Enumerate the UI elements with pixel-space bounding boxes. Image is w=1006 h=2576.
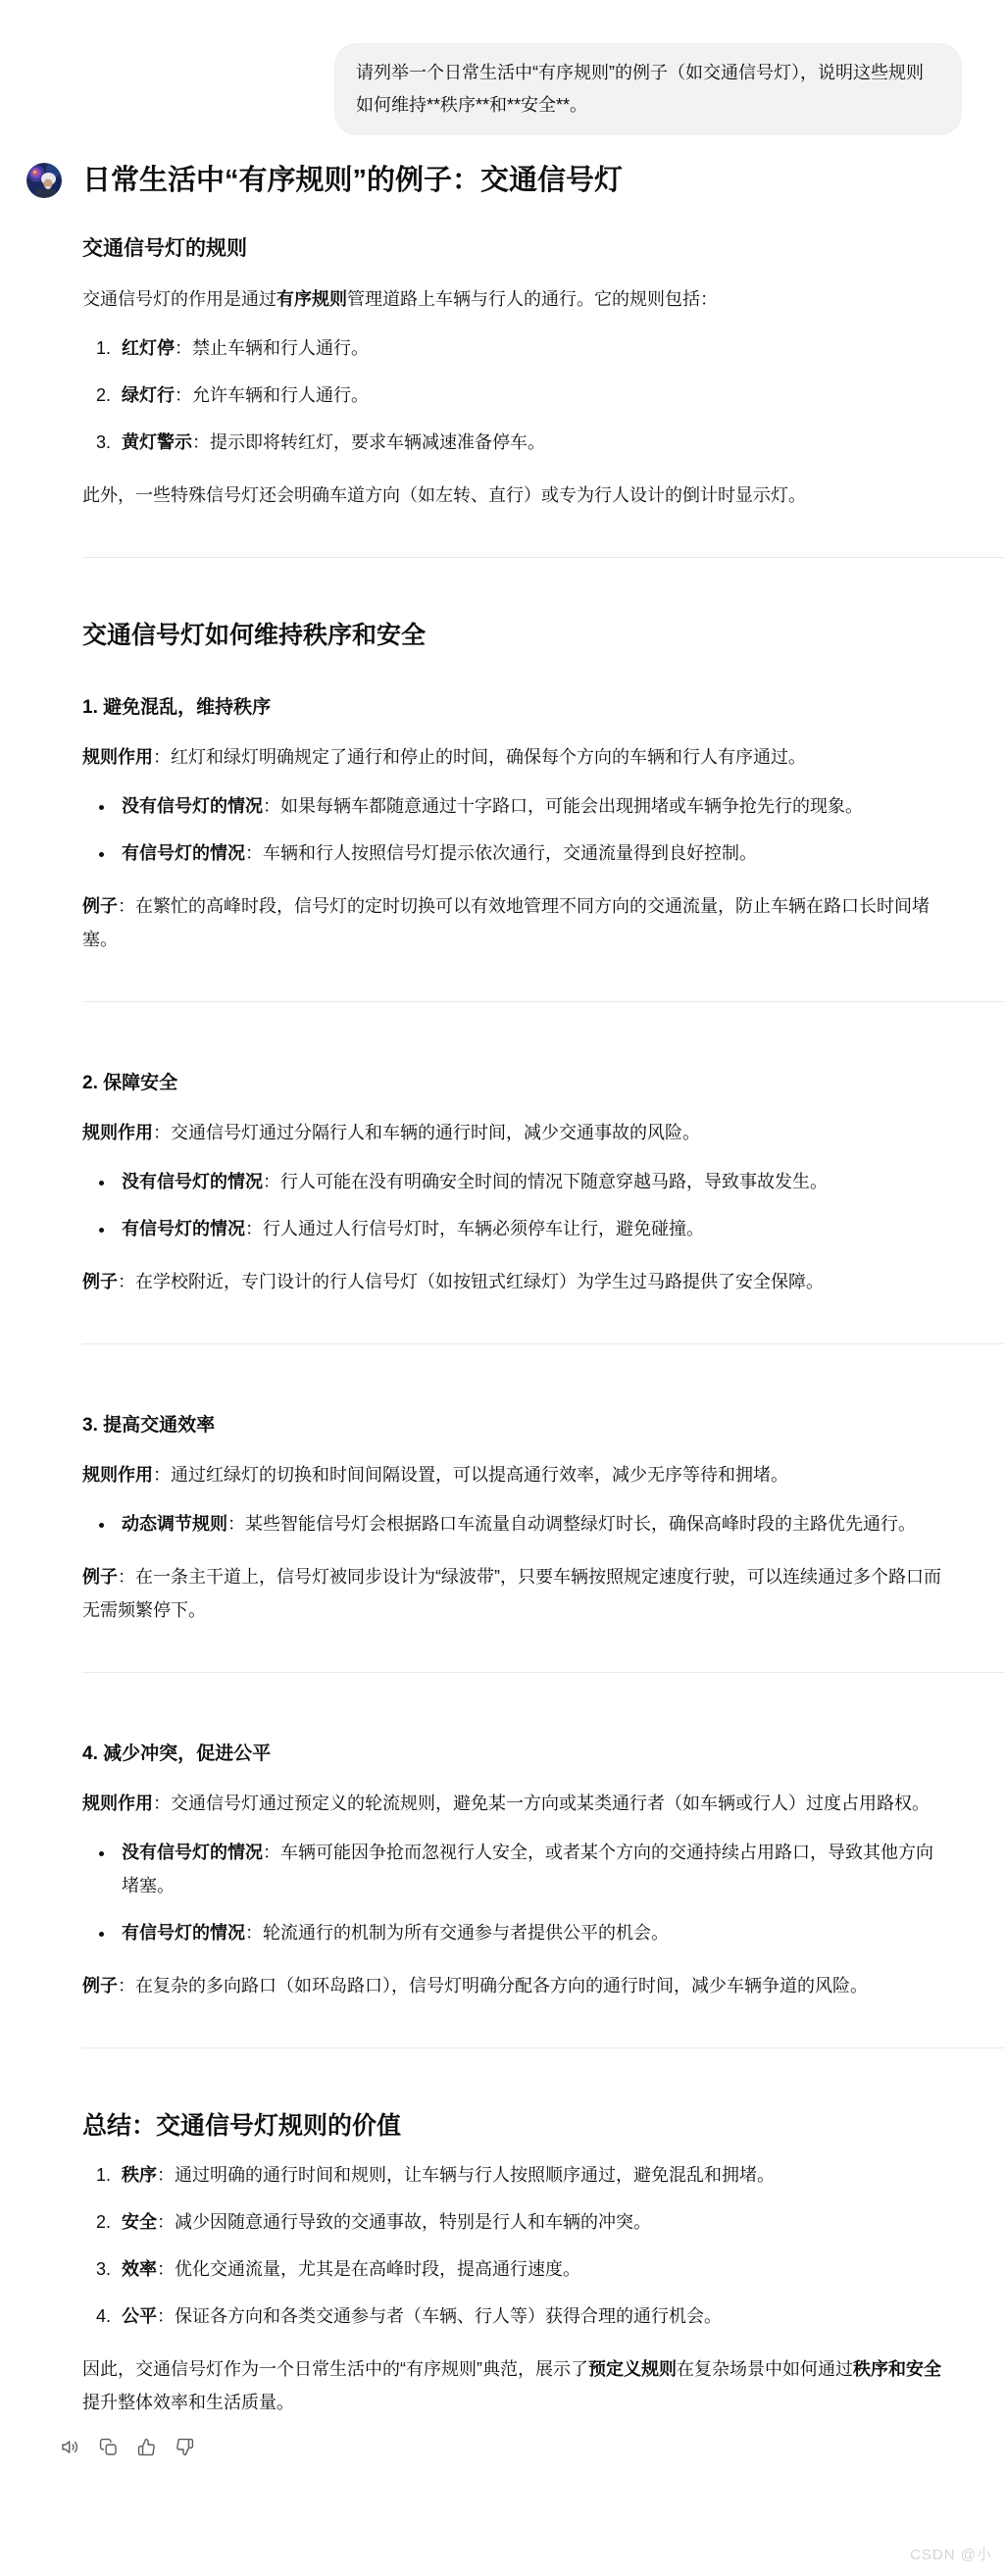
section-divider <box>82 557 1004 558</box>
thumbs-up-button[interactable] <box>131 2433 161 2460</box>
text: ：某些智能信号灯会根据路口车流量自动调整绿灯时长，确保高峰时段的主路优先通行。 <box>227 1514 916 1534</box>
thumbs-down-button[interactable] <box>170 2433 199 2460</box>
text: 因此，交通信号灯作为一个日常生活中的“有序规则”典范，展示了 <box>82 2359 588 2379</box>
text: ：在一条主干道上，信号灯被同步设计为“绿波带”，只要车辆按照规定速度行驶，可以连… <box>82 1567 941 1620</box>
bold-text: 规则作用 <box>82 1465 153 1485</box>
paragraph: 因此，交通信号灯作为一个日常生活中的“有序规则”典范，展示了预定义规则在复杂场景… <box>82 2352 949 2419</box>
list-item: 有信号灯的情况：行人通过人行信号灯时，车辆必须停车让行，避免碰撞。 <box>116 1212 949 1245</box>
text: ：在学校附近，专门设计的行人信号灯（如按钮式红绿灯）为学生过马路提供了安全保障。 <box>118 1272 824 1291</box>
paragraph: 例子：在繁忙的高峰时段，信号灯的定时切换可以有效地管理不同方向的交通流量，防止车… <box>82 889 949 956</box>
list-item: 动态调节规则：某些智能信号灯会根据路口车流量自动调整绿灯时长，确保高峰时段的主路… <box>116 1507 949 1541</box>
list-item: 秩序：通过明确的通行时间和规则，让车辆与行人按照顺序通过，避免混乱和拥堵。 <box>116 2158 949 2192</box>
ordered-list: 红灯停：禁止车辆和行人通行。绿灯行：允许车辆和行人通行。黄灯警示：提示即将转红灯… <box>82 331 949 459</box>
text: ：在复杂的多向路口（如环岛路口），信号灯明确分配各方向的通行时间，减少车辆争道的… <box>118 1976 868 1995</box>
paragraph: 规则作用：交通信号灯通过分隔行人和车辆的通行时间，减少交通事故的风险。 <box>82 1116 949 1149</box>
ordered-list: 秩序：通过明确的通行时间和规则，让车辆与行人按照顺序通过，避免混乱和拥堵。安全：… <box>82 2158 949 2333</box>
bold-text: 规则作用 <box>82 1123 153 1142</box>
bold-text: 例子 <box>82 1976 118 1995</box>
text: ：红灯和绿灯明确规定了通行和停止的时间，确保每个方向的车辆和行人有序通过。 <box>153 747 806 767</box>
paragraph: 规则作用：通过红绿灯的切换和时间间隔设置，可以提高通行效率，减少无序等待和拥堵。 <box>82 1458 949 1491</box>
bold-text: 有信号灯的情况 <box>122 1219 245 1238</box>
bold-text: 安全 <box>122 2212 157 2232</box>
bold-text: 红灯停 <box>122 338 175 358</box>
list-item: 公平：保证各方向和各类交通参与者（车辆、行人等）获得合理的通行机会。 <box>116 2299 949 2333</box>
bold-text: 没有信号灯的情况 <box>122 1172 263 1191</box>
paragraph: 例子：在一条主干道上，信号灯被同步设计为“绿波带”，只要车辆按照规定速度行驶，可… <box>82 1560 949 1627</box>
assistant-avatar <box>26 163 62 198</box>
text: ：提示即将转红灯，要求车辆减速准备停车。 <box>192 432 545 452</box>
bold-text: 规则作用 <box>82 747 153 767</box>
thumbs-up-icon <box>137 2438 156 2456</box>
paragraph: 交通信号灯的作用是通过有序规则管理道路上车辆与行人的通行。它的规则包括： <box>82 282 949 316</box>
text: ：在繁忙的高峰时段，信号灯的定时切换可以有效地管理不同方向的交通流量，防止车辆在… <box>82 896 930 949</box>
list-item: 没有信号灯的情况：行人可能在没有明确安全时间的情况下随意穿越马路，导致事故发生。 <box>116 1165 949 1198</box>
list-item: 没有信号灯的情况：车辆可能因争抢而忽视行人安全，或者某个方向的交通持续占用路口，… <box>116 1836 949 1902</box>
text: ：轮流通行的机制为所有交通参与者提供公平的机会。 <box>245 1923 669 1943</box>
list-item: 黄灯警示：提示即将转红灯，要求车辆减速准备停车。 <box>116 426 949 459</box>
user-message-text: 请列举一个日常生活中“有序规则”的例子（如交通信号灯），说明这些规则如何维持**… <box>356 63 924 115</box>
section-divider <box>82 1001 1004 1002</box>
bullet-list: 没有信号灯的情况：行人可能在没有明确安全时间的情况下随意穿越马路，导致事故发生。… <box>82 1165 949 1245</box>
copy-icon <box>99 2438 118 2456</box>
bold-text: 动态调节规则 <box>122 1514 227 1534</box>
text: 交通信号灯的作用是通过 <box>82 289 277 309</box>
text: ：交通信号灯通过分隔行人和车辆的通行时间，减少交通事故的风险。 <box>153 1123 700 1142</box>
message-actions <box>55 2433 949 2460</box>
paragraph: 规则作用：交通信号灯通过预定义的轮流规则，避免某一方向或某类通行者（如车辆或行人… <box>82 1787 949 1820</box>
list-item: 有信号灯的情况：轮流通行的机制为所有交通参与者提供公平的机会。 <box>116 1916 949 1949</box>
text: 提升整体效率和生活质量。 <box>82 2393 294 2412</box>
section-heading: 总结：交通信号灯规则的价值 <box>82 2109 949 2143</box>
bold-text: 有信号灯的情况 <box>122 1923 245 1943</box>
bold-text: 公平 <box>122 2306 157 2326</box>
text: ：交通信号灯通过预定义的轮流规则，避免某一方向或某类通行者（如车辆或行人）过度占… <box>153 1793 930 1813</box>
assistant-title: 日常生活中“有序规则”的例子：交通信号灯 <box>82 161 949 200</box>
section-divider <box>82 1672 1004 1673</box>
bold-text: 例子 <box>82 1567 118 1587</box>
text: ：车辆和行人按照信号灯提示依次通行，交通流量得到良好控制。 <box>245 843 757 863</box>
chat-page: 请列举一个日常生活中“有序规则”的例子（如交通信号灯），说明这些规则如何维持**… <box>0 0 1006 2576</box>
text: ：行人可能在没有明确安全时间的情况下随意穿越马路，导致事故发生。 <box>263 1172 828 1191</box>
speaker-icon <box>61 2438 79 2456</box>
paragraph: 规则作用：红灯和绿灯明确规定了通行和停止的时间，确保每个方向的车辆和行人有序通过… <box>82 740 949 774</box>
bold-text: 黄灯警示 <box>122 432 192 452</box>
copy-button[interactable] <box>93 2433 123 2460</box>
text: ：通过红绿灯的切换和时间间隔设置，可以提高通行效率，减少无序等待和拥堵。 <box>153 1465 788 1485</box>
csdn-watermark: CSDN @小 <box>910 2544 992 2564</box>
thumbs-down-icon <box>176 2438 194 2456</box>
bold-text: 预定义规则 <box>588 2359 677 2379</box>
bold-text: 没有信号灯的情况 <box>122 796 263 816</box>
read-aloud-button[interactable] <box>55 2433 84 2460</box>
bold-text: 有信号灯的情况 <box>122 843 245 863</box>
text: 此外，一些特殊信号灯还会明确车道方向（如左转、直行）或专为行人设计的倒计时显示灯… <box>82 485 806 505</box>
bold-text: 有序规则 <box>277 289 347 309</box>
list-item: 没有信号灯的情况：如果每辆车都随意通过十字路口，可能会出现拥堵或车辆争抢先行的现… <box>116 789 949 823</box>
list-item: 有信号灯的情况：车辆和行人按照信号灯提示依次通行，交通流量得到良好控制。 <box>116 836 949 870</box>
bold-text: 绿灯行 <box>122 385 175 405</box>
list-item: 绿灯行：允许车辆和行人通行。 <box>116 379 949 412</box>
user-message-bubble: 请列举一个日常生活中“有序规则”的例子（如交通信号灯），说明这些规则如何维持**… <box>334 43 962 135</box>
section-heading: 3. 提高交通效率 <box>82 1413 949 1439</box>
list-item: 安全：减少因随意通行导致的交通事故，特别是行人和车辆的冲突。 <box>116 2205 949 2239</box>
section-divider <box>82 2047 1004 2048</box>
einstein-galaxy-avatar-icon <box>26 163 62 198</box>
text: ：通过明确的通行时间和规则，让车辆与行人按照顺序通过，避免混乱和拥堵。 <box>157 2165 775 2185</box>
section-heading: 1. 避免混乱，维持秩序 <box>82 695 949 721</box>
text: 在复杂场景中如何通过 <box>677 2359 853 2379</box>
assistant-message: 日常生活中“有序规则”的例子：交通信号灯 交通信号灯的规则交通信号灯的作用是通过… <box>82 161 949 2460</box>
bullet-list: 没有信号灯的情况：车辆可能因争抢而忽视行人安全，或者某个方向的交通持续占用路口，… <box>82 1836 949 1949</box>
section-heading: 2. 保障安全 <box>82 1071 949 1096</box>
text: ：行人通过人行信号灯时，车辆必须停车让行，避免碰撞。 <box>245 1219 704 1238</box>
text: ：如果每辆车都随意通过十字路口，可能会出现拥堵或车辆争抢先行的现象。 <box>263 796 863 816</box>
paragraph: 此外，一些特殊信号灯还会明确车道方向（如左转、直行）或专为行人设计的倒计时显示灯… <box>82 479 949 512</box>
text: 管理道路上车辆与行人的通行。它的规则包括： <box>347 289 718 309</box>
paragraph: 例子：在复杂的多向路口（如环岛路口），信号灯明确分配各方向的通行时间，减少车辆争… <box>82 1969 949 2002</box>
bold-text: 秩序和安全 <box>853 2359 941 2379</box>
text: ：允许车辆和行人通行。 <box>175 385 369 405</box>
bold-text: 效率 <box>122 2259 157 2279</box>
bold-text: 秩序 <box>122 2165 157 2185</box>
bullet-list: 动态调节规则：某些智能信号灯会根据路口车流量自动调整绿灯时长，确保高峰时段的主路… <box>82 1507 949 1541</box>
section-heading: 交通信号灯的规则 <box>82 235 949 263</box>
paragraph: 例子：在学校附近，专门设计的行人信号灯（如按钮式红绿灯）为学生过马路提供了安全保… <box>82 1265 949 1298</box>
list-item: 效率：优化交通流量，尤其是在高峰时段，提高通行速度。 <box>116 2252 949 2286</box>
assistant-message-body: 交通信号灯的规则交通信号灯的作用是通过有序规则管理道路上车辆与行人的通行。它的规… <box>82 235 949 2419</box>
section-divider <box>82 1343 1004 1344</box>
bold-text: 例子 <box>82 1272 118 1291</box>
bullet-list: 没有信号灯的情况：如果每辆车都随意通过十字路口，可能会出现拥堵或车辆争抢先行的现… <box>82 789 949 870</box>
bold-text: 没有信号灯的情况 <box>122 1843 263 1862</box>
text: ：减少因随意通行导致的交通事故，特别是行人和车辆的冲突。 <box>157 2212 651 2232</box>
section-heading: 4. 减少冲突，促进公平 <box>82 1742 949 1767</box>
section-heading: 交通信号灯如何维持秩序和安全 <box>82 619 949 652</box>
bold-text: 规则作用 <box>82 1793 153 1813</box>
text: ：禁止车辆和行人通行。 <box>175 338 369 358</box>
text: ：优化交通流量，尤其是在高峰时段，提高通行速度。 <box>157 2259 580 2279</box>
text: ：保证各方向和各类交通参与者（车辆、行人等）获得合理的通行机会。 <box>157 2306 722 2326</box>
list-item: 红灯停：禁止车辆和行人通行。 <box>116 331 949 365</box>
bold-text: 例子 <box>82 896 118 916</box>
